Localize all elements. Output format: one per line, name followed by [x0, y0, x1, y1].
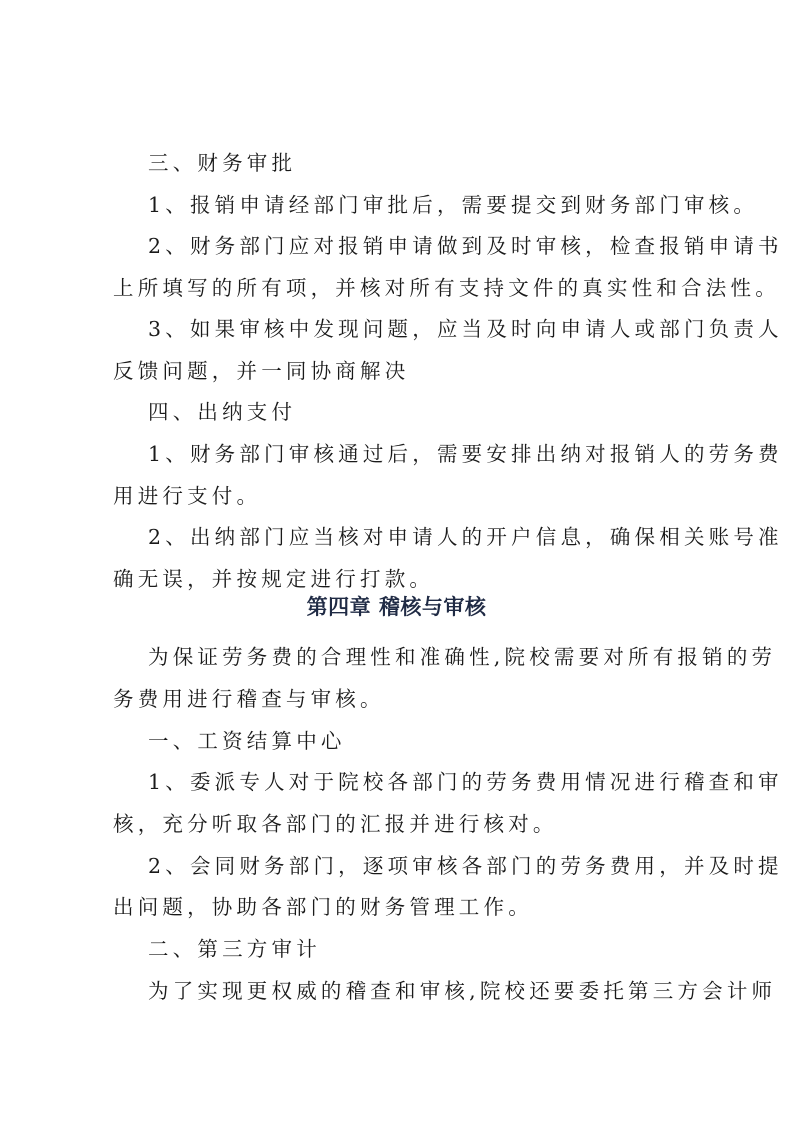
document-page: 三、财务审批 1、报销申请经部门审批后，需要提交到财务部门审核。 2、财务部门应… [0, 0, 793, 1122]
paragraph-line: 确无误，并按规定进行打款。 [113, 565, 693, 593]
section-title: 二、第三方审计 [148, 935, 728, 963]
chapter-heading: 第四章 稽核与审核 [0, 592, 793, 622]
paragraph-line: 核，充分听取各部门的汇报并进行核对。 [113, 810, 693, 838]
paragraph-line: 务费用进行稽查与审核。 [113, 685, 693, 713]
paragraph-line: 1、财务部门审核通过后，需要安排出纳对报销人的劳务费 [148, 440, 728, 468]
paragraph-line: 出问题，协助各部门的财务管理工作。 [113, 893, 693, 921]
paragraph-line: 3、如果审核中发现问题，应当及时向申请人或部门负责人 [148, 315, 728, 343]
section-title: 三、财务审批 [148, 149, 728, 177]
section-title: 四、出纳支付 [148, 398, 728, 426]
paragraph-line: 上所填写的所有项，并核对所有支持文件的真实性和合法性。 [113, 274, 693, 302]
paragraph-line: 1、委派专人对于院校各部门的劳务费用情况进行稽查和审 [148, 768, 728, 796]
paragraph-line: 用进行支付。 [113, 482, 693, 510]
paragraph-line: 为保证劳务费的合理性和准确性,院校需要对所有报销的劳 [148, 643, 728, 671]
paragraph-line: 2、出纳部门应当核对申请人的开户信息，确保相关账号准 [148, 523, 728, 551]
paragraph-line: 反馈问题，并一同协商解决 [113, 357, 693, 385]
paragraph-line: 为了实现更权威的稽查和审核,院校还要委托第三方会计师 [148, 977, 728, 1005]
paragraph-line: 2、财务部门应对报销申请做到及时审核，检查报销申请书 [148, 232, 728, 260]
section-title: 一、工资结算中心 [148, 727, 728, 755]
paragraph-line: 1、报销申请经部门审批后，需要提交到财务部门审核。 [148, 191, 728, 219]
paragraph-line: 2、会同财务部门，逐项审核各部门的劳务费用，并及时提 [148, 852, 728, 880]
